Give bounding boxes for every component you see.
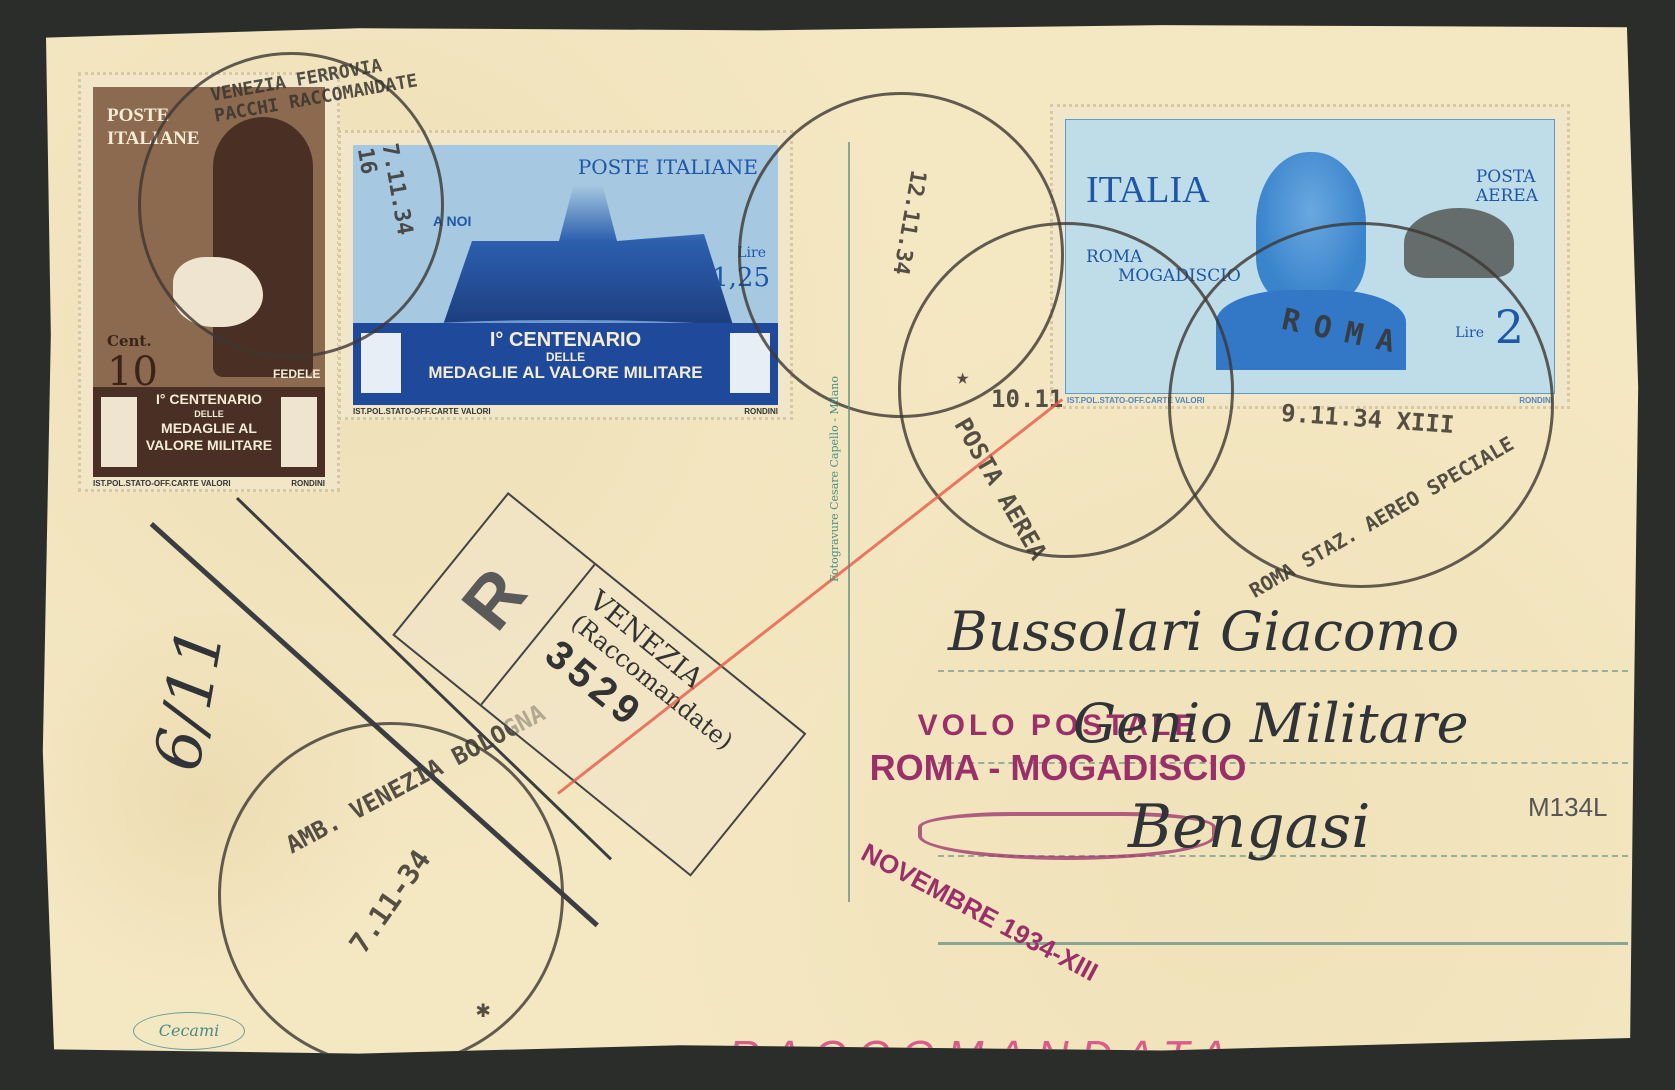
imprint-left: IST.POL.STATO-OFF.CARTE VALORI [353,407,491,416]
banner-line: MEDAGLIE AL [143,420,275,438]
service-line: AEREA [1476,187,1538,206]
banner-line: VALORE MILITARE [143,437,275,455]
coat-of-arms-icon [101,397,137,467]
printer-imprint: Fotogravure Cesare Capello - Milano [828,376,841,582]
address-unit: Genio Militare [1073,692,1469,755]
banner-line: I° CENTENARIO [405,329,726,351]
postmark-date: 7.11-34 [343,844,438,960]
address-city: Bengasi [1128,792,1370,862]
postmark-top-text: ROMA [1279,302,1412,363]
postmark-venezia: VENEZIA FERROVIA PACCHI RACCOMANDATE 7.1… [138,52,444,358]
stamp-title: POSTE ITALIANE [578,155,758,179]
imprint-left: IST.POL.STATO-OFF.CARTE VALORI [93,479,231,488]
imprint-right: RONDINI [291,479,325,488]
coat-of-arms-icon [361,333,401,393]
expert-mark: Cecami [133,1012,245,1050]
banner-line: MEDAGLIE AL VALORE MILITARE [405,364,726,383]
address-name: Bussolari Giacomo [948,600,1459,663]
star-icon: ★ [956,365,969,390]
postmark-date: 12.11.34 [887,168,930,277]
stamp-title: ITALIA [1086,168,1210,212]
soldiers-illustration-icon [443,185,733,325]
service-line: POSTA [1476,168,1538,187]
postmark-ring-text: VENEZIA FERROVIA PACCHI RACCOMANDATE [209,45,443,126]
star-icon: ✱ [476,995,490,1023]
postmark-date: 9.11.34 XIII [1280,399,1455,439]
figure-caption: FEDELE [273,367,320,381]
manuscript-date: 6/11 [141,622,239,776]
postmark-bologna: AMB. VENEZIA BOLOGNA 7.11-34 ✱ [218,722,564,1068]
postcard: POSTE ITALIANE Cent. 10 FEDELE I° CENTEN… [38,22,1643,1064]
registration-letter: R [446,553,542,645]
imprint-right: RONDINI [744,407,778,416]
catalogue-note: M134L [1528,792,1608,823]
stamp-banner: I° CENTENARIO DELLE MEDAGLIE AL VALORE M… [353,323,778,405]
banner-line: DELLE [143,409,275,420]
denomination-label: Cent. [107,332,152,350]
stamp-banner: I° CENTENARIO DELLE MEDAGLIE AL VALORE M… [93,387,325,477]
postmark-ring-text: POSTA AEREA [949,413,1053,565]
postmark-date: 7.11.34 16 [352,141,420,258]
postmark-ring-text: ROMA STAZ. AEREO SPECIALE [1245,431,1518,602]
banner-line: I° CENTENARIO [143,391,275,409]
postmark-roma-speciale: ROMA 9.11.34 XIII ROMA STAZ. AEREO SPECI… [1168,222,1554,588]
raccomandata-annotation: RACCOMANDATA [728,1032,1240,1082]
coat-of-arms-icon [281,397,317,467]
